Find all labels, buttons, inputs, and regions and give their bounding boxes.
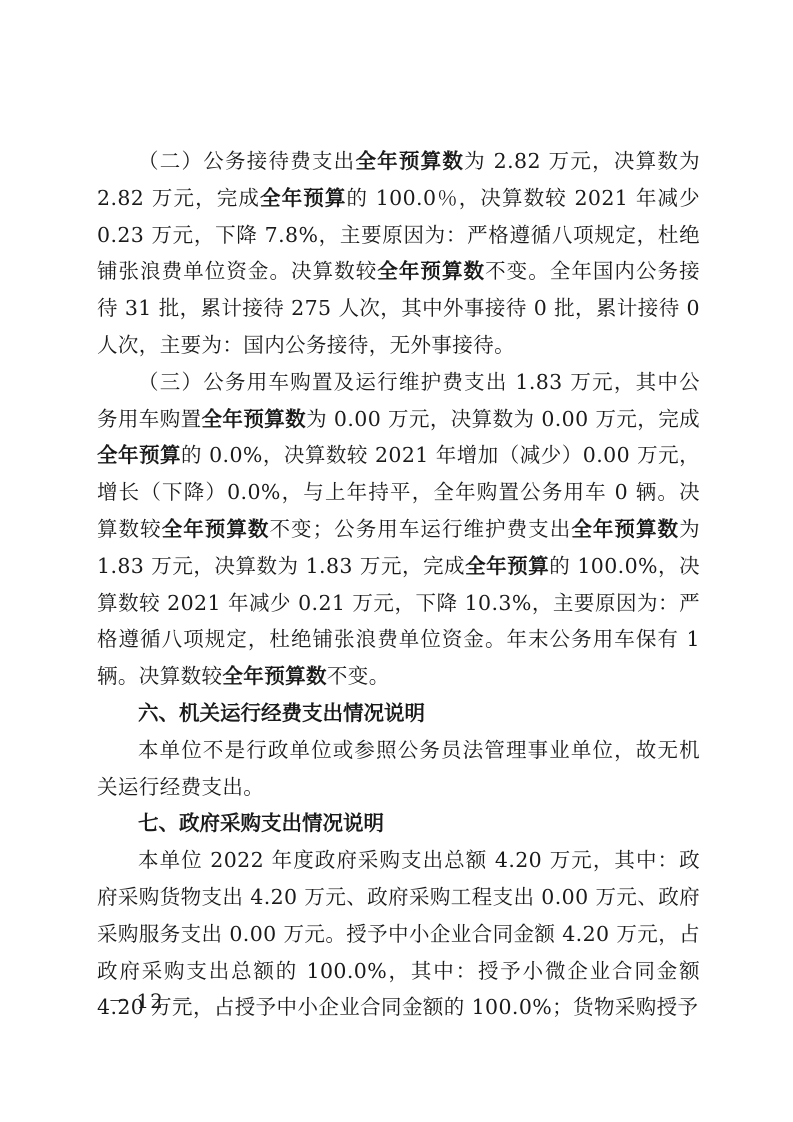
paragraph-vehicle-expenses: （三）公务用车购置及运行维护费支出 1.83 万元，其中公务用车购置全年预算数为… <box>97 364 700 695</box>
document-page: （二）公务接待费支出全年预算数为 2.82 万元，决算数为 2.82 万元，完成… <box>97 143 700 1026</box>
bold-term: 全年预算 <box>465 554 549 578</box>
bold-term: 全年预算数 <box>377 259 485 283</box>
section-heading-operating-expenses: 六、机关运行经费支出情况说明 <box>97 695 700 732</box>
paragraph-reception-expenses: （二）公务接待费支出全年预算数为 2.82 万元，决算数为 2.82 万元，完成… <box>97 143 700 364</box>
bold-term: 全年预算数 <box>202 407 307 431</box>
bold-term: 全年预算数 <box>355 149 464 173</box>
bold-term: 全年预算数 <box>162 517 270 541</box>
section-body-operating-expenses: 本单位不是行政单位或参照公务员法管理事业单位，故无机关运行经费支出。 <box>97 732 700 806</box>
text-segment: 不变。 <box>327 664 390 688</box>
bold-term: 全年预算 <box>260 186 346 210</box>
bold-term: 全年预算 <box>97 443 181 467</box>
text-segment: 为 0.00 万元，决算数为 0.00 万元，完成 <box>306 407 700 431</box>
page-number: － 12 － <box>108 985 192 1014</box>
bold-term: 全年预算数 <box>571 517 679 541</box>
text-segment: （二）公务接待费支出 <box>138 149 355 173</box>
bold-term: 全年预算数 <box>222 664 327 688</box>
text-segment: 不变；公务用车运行维护费支出 <box>269 517 571 541</box>
section-heading-government-procurement: 七、政府采购支出情况说明 <box>97 805 700 842</box>
